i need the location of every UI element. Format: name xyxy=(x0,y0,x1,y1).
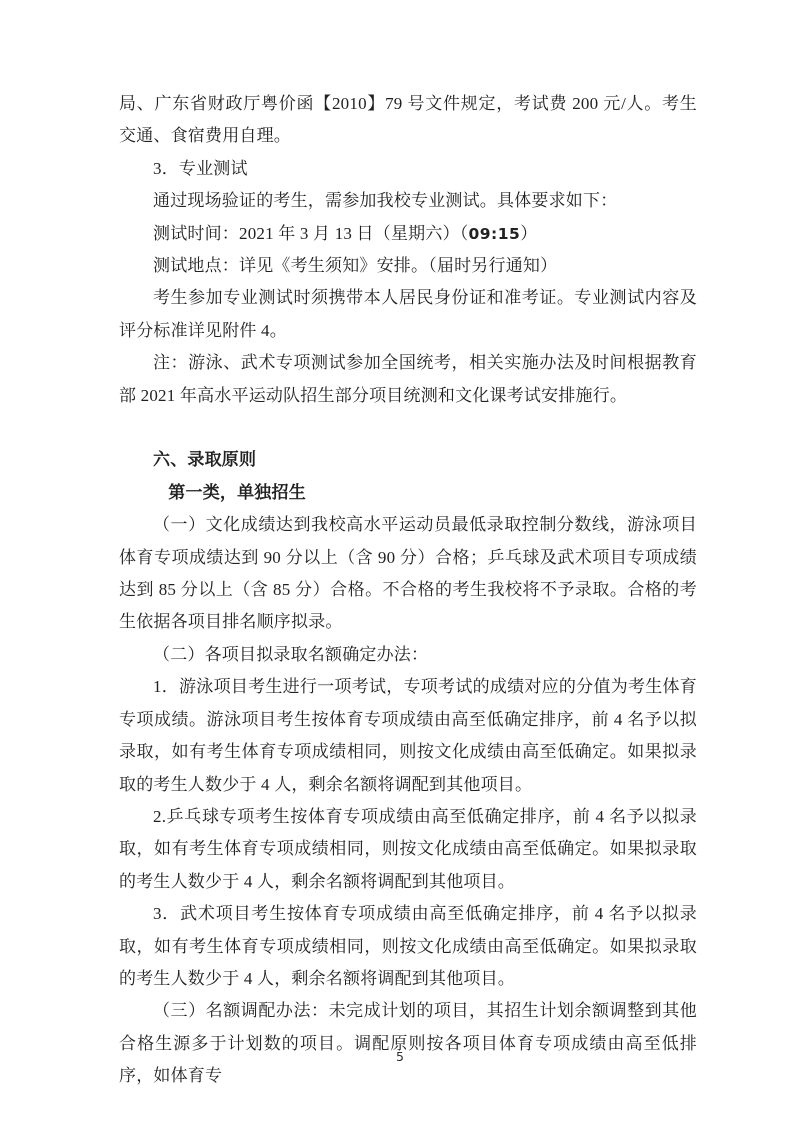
paragraph-item-three: （三）名额调配办法：未完成计划的项目，其招生计划余额调整到其他合格生源多于计划数… xyxy=(119,995,697,1092)
paragraph-wushu-rule: 3．武术项目考生按体育专项成绩由高至低确定排序，前 4 名予以拟录取，如有考生体… xyxy=(119,898,697,995)
paragraph-test-time: 测试时间：2021 年 3 月 13 日（星期六）（09:15） xyxy=(119,218,697,250)
paragraph-test-intro: 通过现场验证的考生，需参加我校专业测试。具体要求如下： xyxy=(119,185,697,217)
paragraph-item-one: （一）文化成绩达到我校高水平运动员最低录取控制分数线，游泳项目体育专项成绩达到 … xyxy=(119,509,697,639)
page-number: 5 xyxy=(0,1049,800,1064)
document-page: 局、广东省财政厅粤价函【2010】79 号文件规定，考试费 200 元/人。考生… xyxy=(0,0,800,1131)
paragraph-note: 注：游泳、武术专项测试参加全国统考，相关实施办法及时间根据教育部 2021 年高… xyxy=(119,347,697,412)
test-time-prefix: 测试时间：2021 年 3 月 13 日（星期六）（ xyxy=(153,224,468,243)
test-time-suffix: ） xyxy=(520,224,537,243)
paragraph-id-requirement: 考生参加专业测试时须携带本人居民身份证和准考证。专业测试内容及评分标准详见附件 … xyxy=(119,282,697,347)
document-body: 局、广东省财政厅粤价函【2010】79 号文件规定，考试费 200 元/人。考生… xyxy=(119,88,697,1093)
paragraph-swimming-rule: 1．游泳项目考生进行一项考试，专项考试的成绩对应的分值为考生体育专项成绩。游泳项… xyxy=(119,671,697,801)
section-heading-admission-principles: 六、录取原则 xyxy=(119,444,697,476)
heading-professional-test: 3．专业测试 xyxy=(119,153,697,185)
test-time-value: 09:15 xyxy=(468,225,520,243)
paragraph-item-two-intro: （二）各项目拟录取名额确定办法： xyxy=(119,639,697,671)
paragraph-table-tennis-rule: 2.乒乓球专项考生按体育专项成绩由高至低确定排序，前 4 名予以拟录取，如有考生… xyxy=(119,801,697,898)
paragraph-fee-continuation: 局、广东省财政厅粤价函【2010】79 号文件规定，考试费 200 元/人。考生… xyxy=(119,88,697,153)
subheading-category-one: 第一类，单独招生 xyxy=(119,477,697,509)
paragraph-test-location: 测试地点：详见《考生须知》安排。（届时另行通知） xyxy=(119,250,697,282)
